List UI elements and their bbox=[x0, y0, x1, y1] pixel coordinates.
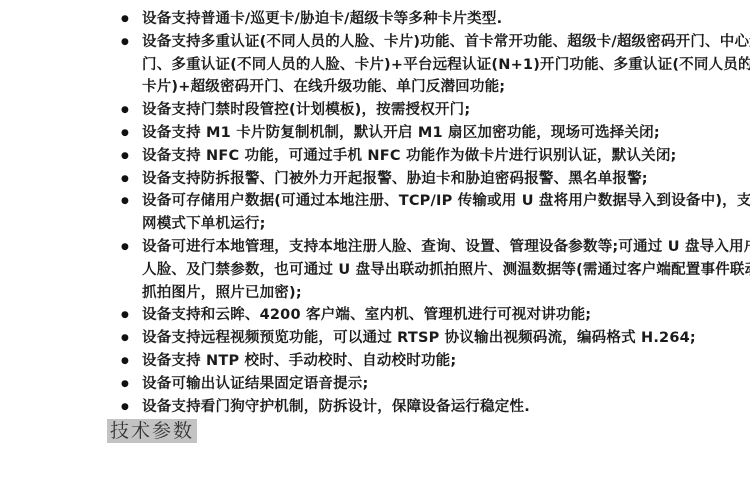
feature-item: ●设备支持多重认证(不同人员的人脸、卡片)功能、首卡常开功能、超级卡/超级密码开… bbox=[121, 31, 681, 99]
section-heading: 技术参数 bbox=[107, 419, 197, 443]
feature-line: 设备支持 NFC 功能，可通过手机 NFC 功能作为做卡片进行识别认证，默认关闭… bbox=[142, 145, 681, 168]
feature-item-text: 设备可输出认证结果固定语音提示; bbox=[142, 373, 681, 396]
feature-item-text: 设备可存储用户数据(可通过本地注册、TCP/IP 传输或用 U 盘将用户数据导入… bbox=[142, 190, 681, 236]
feature-item: ●设备支持 NFC 功能，可通过手机 NFC 功能作为做卡片进行识别认证，默认关… bbox=[121, 145, 681, 168]
feature-item: ●设备可输出认证结果固定语音提示; bbox=[121, 373, 681, 396]
feature-item: ●设备可存储用户数据(可通过本地注册、TCP/IP 传输或用 U 盘将用户数据导… bbox=[121, 190, 681, 236]
document-page: ●设备支持普通卡/巡更卡/胁迫卡/超级卡等多种卡片类型.●设备支持多重认证(不同… bbox=[0, 0, 750, 483]
feature-item: ●设备支持远程视频预览功能，可以通过 RTSP 协议输出视频码流，编码格式 H.… bbox=[121, 327, 681, 350]
feature-list: ●设备支持普通卡/巡更卡/胁迫卡/超级卡等多种卡片类型.●设备支持多重认证(不同… bbox=[121, 8, 681, 418]
feature-line: 抓拍图片，照片已加密); bbox=[142, 282, 681, 305]
feature-item-text: 设备支持 NTP 校时、手动校时、自动校时功能; bbox=[142, 350, 681, 373]
bullet-icon: ● bbox=[121, 190, 142, 213]
feature-item: ●设备支持普通卡/巡更卡/胁迫卡/超级卡等多种卡片类型. bbox=[121, 8, 681, 31]
feature-item-text: 设备支持看门狗守护机制，防拆设计，保障设备运行稳定性. bbox=[142, 396, 681, 419]
feature-item: ●设备支持 NTP 校时、手动校时、自动校时功能; bbox=[121, 350, 681, 373]
feature-line: 设备支持和云眸、4200 客户端、室内机、管理机进行可视对讲功能; bbox=[142, 304, 681, 327]
feature-line: 设备支持门禁时段管控(计划模板)，按需授权开门; bbox=[142, 99, 681, 122]
feature-item-text: 设备支持 M1 卡片防复制机制，默认开启 M1 扇区加密功能，现场可选择关闭; bbox=[142, 122, 681, 145]
feature-line: 设备可输出认证结果固定语音提示; bbox=[142, 373, 681, 396]
feature-item: ●设备可进行本地管理，支持本地注册人脸、查询、设置、管理设备参数等;可通过 U … bbox=[121, 236, 681, 304]
feature-item: ●设备支持和云眸、4200 客户端、室内机、管理机进行可视对讲功能; bbox=[121, 304, 681, 327]
bullet-icon: ● bbox=[121, 327, 142, 350]
feature-item-text: 设备支持远程视频预览功能，可以通过 RTSP 协议输出视频码流，编码格式 H.2… bbox=[142, 327, 681, 350]
feature-item: ●设备支持门禁时段管控(计划模板)，按需授权开门; bbox=[121, 99, 681, 122]
feature-line: 设备可存储用户数据(可通过本地注册、TCP/IP 传输或用 U 盘将用户数据导入… bbox=[142, 190, 681, 213]
feature-line: 网模式下单机运行; bbox=[142, 213, 681, 236]
bullet-icon: ● bbox=[121, 373, 142, 396]
bullet-icon: ● bbox=[121, 350, 142, 373]
feature-item-text: 设备可进行本地管理，支持本地注册人脸、查询、设置、管理设备参数等;可通过 U 盘… bbox=[142, 236, 681, 304]
feature-item-text: 设备支持门禁时段管控(计划模板)，按需授权开门; bbox=[142, 99, 681, 122]
bullet-icon: ● bbox=[121, 122, 142, 145]
feature-line: 设备支持防拆报警、门被外力开起报警、胁迫卡和胁迫密码报警、黑名单报警; bbox=[142, 168, 681, 191]
feature-line: 设备支持多重认证(不同人员的人脸、卡片)功能、首卡常开功能、超级卡/超级密码开门… bbox=[142, 31, 681, 54]
feature-item-text: 设备支持和云眸、4200 客户端、室内机、管理机进行可视对讲功能; bbox=[142, 304, 681, 327]
bullet-icon: ● bbox=[121, 99, 142, 122]
feature-item-text: 设备支持 NFC 功能，可通过手机 NFC 功能作为做卡片进行识别认证，默认关闭… bbox=[142, 145, 681, 168]
feature-line: 设备支持 M1 卡片防复制机制，默认开启 M1 扇区加密功能，现场可选择关闭; bbox=[142, 122, 681, 145]
feature-line: 设备支持 NTP 校时、手动校时、自动校时功能; bbox=[142, 350, 681, 373]
bullet-icon: ● bbox=[121, 236, 142, 259]
feature-line: 设备可进行本地管理，支持本地注册人脸、查询、设置、管理设备参数等;可通过 U 盘… bbox=[142, 236, 681, 259]
feature-item: ●设备支持 M1 卡片防复制机制，默认开启 M1 扇区加密功能，现场可选择关闭; bbox=[121, 122, 681, 145]
section-heading-row: 技术参数 bbox=[107, 419, 197, 443]
bullet-icon: ● bbox=[121, 145, 142, 168]
bullet-icon: ● bbox=[121, 168, 142, 191]
feature-item-text: 设备支持多重认证(不同人员的人脸、卡片)功能、首卡常开功能、超级卡/超级密码开门… bbox=[142, 31, 681, 99]
feature-line: 设备支持远程视频预览功能，可以通过 RTSP 协议输出视频码流，编码格式 H.2… bbox=[142, 327, 681, 350]
feature-item-text: 设备支持防拆报警、门被外力开起报警、胁迫卡和胁迫密码报警、黑名单报警; bbox=[142, 168, 681, 191]
feature-line: 卡片)+超级密码开门、在线升级功能、单门反潜回功能; bbox=[142, 76, 681, 99]
feature-item: ●设备支持防拆报警、门被外力开起报警、胁迫卡和胁迫密码报警、黑名单报警; bbox=[121, 168, 681, 191]
feature-item: ● 设备支持看门狗守护机制，防拆设计，保障设备运行稳定性. bbox=[121, 396, 681, 419]
bullet-icon: ● bbox=[121, 304, 142, 327]
feature-line: 设备支持普通卡/巡更卡/胁迫卡/超级卡等多种卡片类型. bbox=[142, 8, 681, 31]
feature-line: 设备支持看门狗守护机制，防拆设计，保障设备运行稳定性. bbox=[142, 396, 681, 419]
feature-line: 人脸、及门禁参数，也可通过 U 盘导出联动抓拍照片、测温数据等(需通过客户端配置… bbox=[142, 259, 681, 282]
bullet-icon: ● bbox=[121, 396, 142, 419]
feature-item-text: 设备支持普通卡/巡更卡/胁迫卡/超级卡等多种卡片类型. bbox=[142, 8, 681, 31]
feature-line: 门、多重认证(不同人员的人脸、卡片)+平台远程认证(N+1)开门功能、多重认证(… bbox=[142, 54, 681, 77]
bullet-icon: ● bbox=[121, 31, 142, 54]
bullet-icon: ● bbox=[121, 8, 142, 31]
